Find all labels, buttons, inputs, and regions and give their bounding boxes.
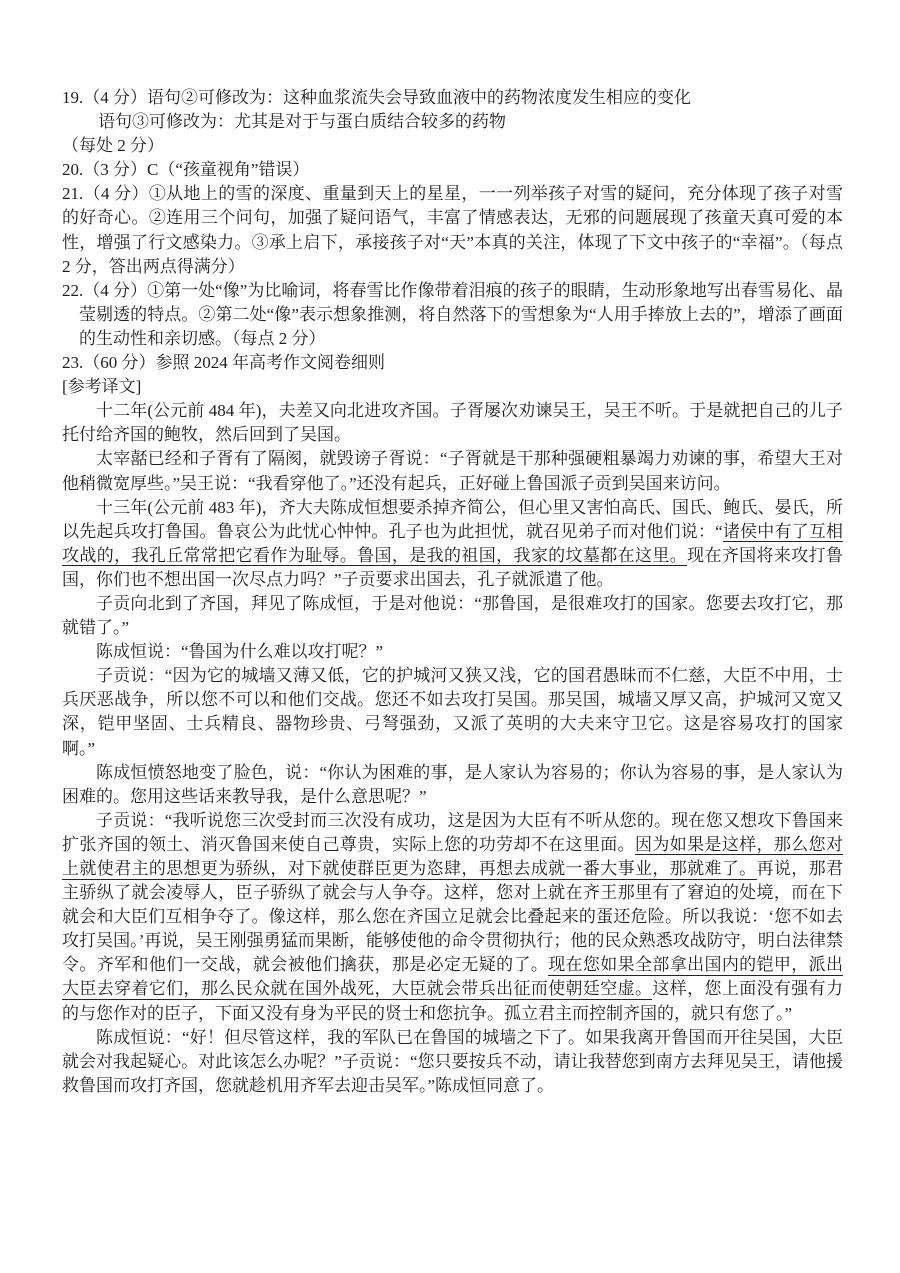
translation-para-taizai-pi: 太宰嚭已经和子胥有了隔阂，就毁谤子胥说：“子胥就是干那种强硬粗暴竭力劝谏的事，希… bbox=[62, 447, 843, 495]
answer-23: 23.（60 分）参照 2024 年高考作文阅卷细则 bbox=[62, 351, 843, 375]
text-segment: [参考译文] bbox=[62, 377, 141, 396]
text-segment: 陈成恒说：“好！但尽管这样，我的军队已在鲁国的城墙之下了。如果我离开鲁国而开往吴… bbox=[62, 1028, 843, 1095]
text-segment: 21.（4 分）①从地上的雪的深度、重量到天上的星星，一一列举孩子对雪的疑问，充… bbox=[62, 184, 843, 275]
text-segment: 十二年(公元前 484 年)，夫差又向北进攻齐国。子胥屡次劝谏吴王，吴王不听。于… bbox=[62, 401, 843, 444]
answer-19-line-2: 语句③可修改为：尤其是对于与蛋白质结合较多的药物 bbox=[62, 110, 843, 134]
text-segment: 20.（3 分）C（“孩童视角”错误） bbox=[62, 160, 309, 179]
translation-para-zigong-reason: 子贡说：“因为它的城墙又薄又低，它的护城河又狭又浅，它的国君愚昧而不仁慈，大臣不… bbox=[62, 664, 843, 760]
text-segment: 陈成恒说：“鲁国为什么难以攻打呢？” bbox=[96, 642, 383, 661]
text-segment: 23.（60 分）参照 2024 年高考作文阅卷细则 bbox=[62, 353, 385, 372]
document-body: 19.（4 分）语句②可修改为：这种血浆流失会导致血液中的药物浓度发生相应的变化… bbox=[62, 86, 843, 1098]
answer-20: 20.（3 分）C（“孩童视角”错误） bbox=[62, 158, 843, 182]
answer-21: 21.（4 分）①从地上的雪的深度、重量到天上的星星，一一列举孩子对雪的疑问，充… bbox=[62, 182, 843, 278]
answer-19-score-note: （每处 2 分） bbox=[62, 134, 843, 158]
translation-heading: [参考译文] bbox=[62, 375, 843, 399]
document-page: 19.（4 分）语句②可修改为：这种血浆流失会导致血液中的药物浓度发生相应的变化… bbox=[0, 0, 900, 1273]
text-segment: 太宰嚭已经和子胥有了隔阂，就毁谤子胥说：“子胥就是干那种强硬粗暴竭力劝谏的事，希… bbox=[62, 449, 843, 492]
text-segment: 子贡向北到了齐国，拜见了陈成恒，于是对他说：“那鲁国，是很难攻打的国家。您要去攻… bbox=[62, 594, 843, 637]
translation-para-chen-agree: 陈成恒说：“好！但尽管这样，我的军队已在鲁国的城墙之下了。如果我离开鲁国而开往吴… bbox=[62, 1026, 843, 1098]
text-segment: 22.（4 分）①第一处“像”为比喻词，将春雪比作像带着泪痕的孩子的眼睛，生动形… bbox=[62, 281, 843, 348]
answer-19-line-1: 19.（4 分）语句②可修改为：这种血浆流失会导致血液中的药物浓度发生相应的变化 bbox=[62, 86, 843, 110]
answer-22: 22.（4 分）①第一处“像”为比喻词，将春雪比作像带着泪痕的孩子的眼睛，生动形… bbox=[62, 279, 843, 351]
translation-para-year-thirteen: 十三年(公元前 483 年)，齐大夫陈成恒想要杀掉齐简公，但心里又害怕高氏、国氏… bbox=[62, 496, 843, 592]
text-segment: 语句③可修改为：尤其是对于与蛋白质结合较多的药物 bbox=[98, 112, 506, 131]
text-segment: 19.（4 分）语句②可修改为：这种血浆流失会导致血液中的药物浓度发生相应的变化 bbox=[62, 88, 691, 107]
translation-para-year-twelve: 十二年(公元前 484 年)，夫差又向北进攻齐国。子胥屡次劝谏吴王，吴王不听。于… bbox=[62, 399, 843, 447]
text-segment: 子贡说：“因为它的城墙又薄又低，它的护城河又狭又浅，它的国君愚昧而不仁慈，大臣不… bbox=[62, 666, 843, 757]
translation-para-zigong-analysis: 子贡说：“我听说您三次受封而三次没有成功，这是因为大臣有不听从您的。现在您又想攻… bbox=[62, 809, 843, 1026]
translation-para-zigong-north: 子贡向北到了齐国，拜见了陈成恒，于是对他说：“那鲁国，是很难攻打的国家。您要去攻… bbox=[62, 592, 843, 640]
translation-para-chen-question: 陈成恒说：“鲁国为什么难以攻打呢？” bbox=[62, 640, 843, 664]
text-segment: （每处 2 分） bbox=[62, 136, 164, 155]
text-segment: 陈成恒愤怒地变了脸色，说：“你认为困难的事，是人家认为容易的；你认为容易的事，是… bbox=[62, 763, 843, 806]
translation-para-chen-angry: 陈成恒愤怒地变了脸色，说：“你认为困难的事，是人家认为容易的；你认为容易的事，是… bbox=[62, 761, 843, 809]
